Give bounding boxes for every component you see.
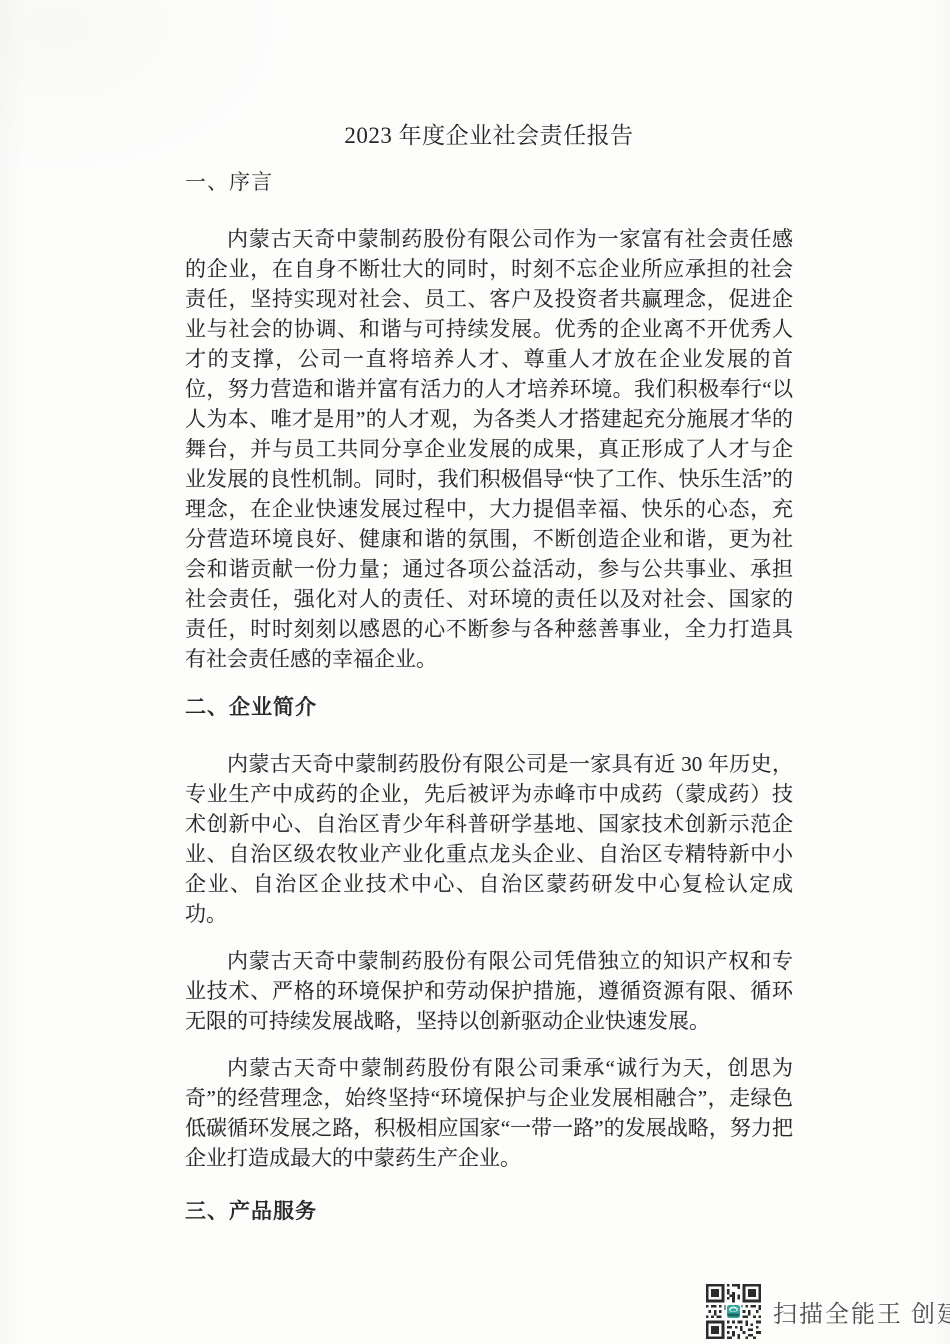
camscanner-qr-icon xyxy=(706,1284,761,1339)
company-profile-paragraph-2: 内蒙古天奇中蒙制药股份有限公司凭借独立的知识产权和专业技术、严格的环境保护和劳动… xyxy=(185,946,793,1036)
section-heading-products-services: 三、产品服务 xyxy=(185,1197,793,1227)
scanner-credit-label: 扫描全能王 创建 xyxy=(773,1294,950,1329)
document-body: 2023 年度企业社会责任报告 一、序言 内蒙古天奇中蒙制药股份有限公司作为一家… xyxy=(185,120,793,1227)
document-title: 2023 年度企业社会责任报告 xyxy=(185,120,793,152)
camscanner-watermark: 扫描全能王 创建 xyxy=(706,1284,950,1339)
company-profile-paragraph-1: 内蒙古天奇中蒙制药股份有限公司是一家具有近 30 年历史，专业生产中成药的企业，… xyxy=(185,749,793,929)
scanned-document-page: 2023 年度企业社会责任报告 一、序言 内蒙古天奇中蒙制药股份有限公司作为一家… xyxy=(0,0,950,1344)
section-heading-preface: 一、序言 xyxy=(185,168,793,198)
section-heading-company-profile: 二、企业简介 xyxy=(185,693,793,723)
company-profile-paragraph-3: 内蒙古天奇中蒙制药股份有限公司秉承“诚行为天，创思为奇”的经营理念，始终坚持“环… xyxy=(185,1053,793,1173)
preface-paragraph: 内蒙古天奇中蒙制药股份有限公司作为一家富有社会责任感的企业，在自身不断壮大的同时… xyxy=(185,224,793,674)
